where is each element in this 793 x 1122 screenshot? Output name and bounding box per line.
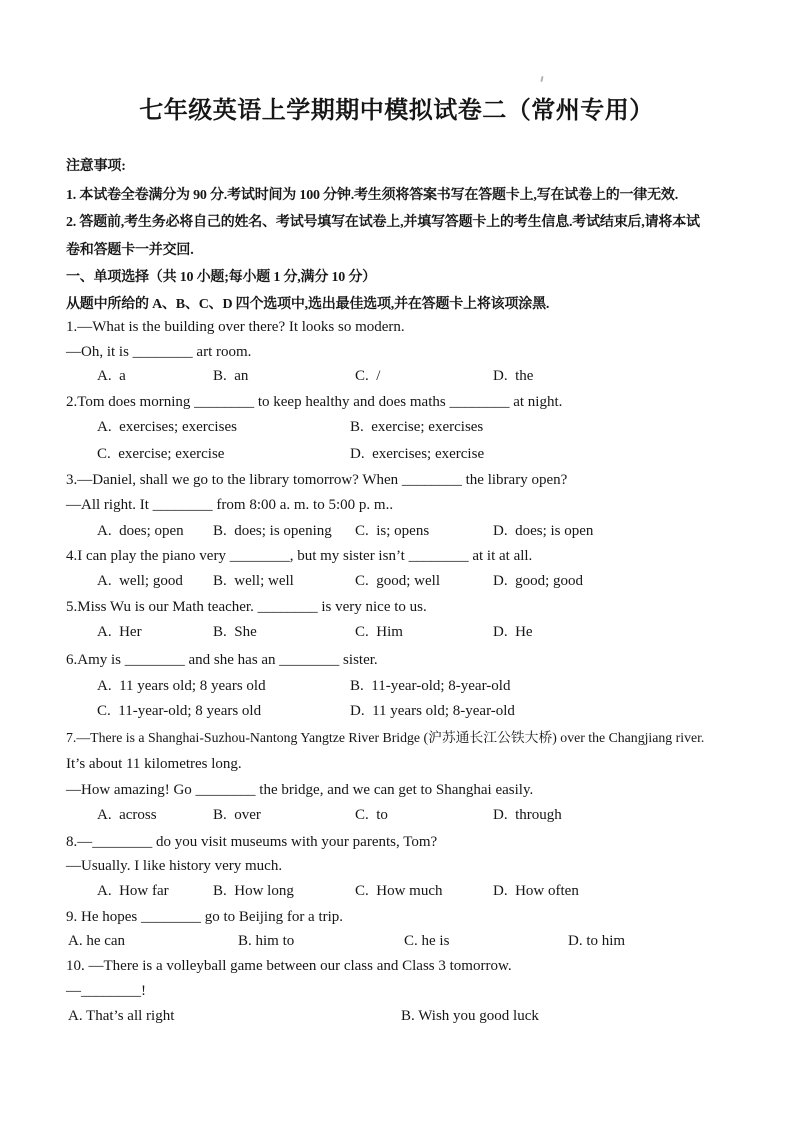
q10-stem-line-1: 10. —There is a volleyball game between … [66, 955, 512, 977]
notice-line-1: 1. 本试卷全卷满分为 90 分.考试时间为 100 分钟.考生须将答案书写在答… [66, 185, 678, 207]
exam-paper-page: 七年级英语上学期期中模拟试卷二（常州专用） 注意事项: 1. 本试卷全卷满分为 … [0, 0, 793, 1122]
q4-option-c: C. good; well [355, 570, 440, 592]
q3-option-d: D. does; is open [493, 520, 593, 542]
q5-option-c: C. Him [355, 621, 403, 643]
q2-options-row-1: A. exercises; exercises B. exercise; exe… [66, 416, 81, 438]
q6-options-row-2: C. 11-year-old; 8 years old D. 11 years … [66, 700, 81, 722]
q5-option-d: D. He [493, 621, 533, 643]
page-title: 七年级英语上学期期中模拟试卷二（常州专用） [0, 94, 793, 128]
q4-option-b: B. well; well [213, 570, 294, 592]
q8-stem-line-2: —Usually. I like history very much. [66, 855, 282, 877]
q8-option-b: B. How long [213, 880, 294, 902]
notice-line-2: 2. 答题前,考生务必将自己的姓名、考试号填写在试卷上,并填写答题卡上的考生信息… [66, 212, 700, 234]
q9-stem-line-1: 9. He hopes ________ go to Beijing for a… [66, 906, 343, 928]
q9-option-a: A. he can [68, 930, 125, 952]
q7-stem-line-3: —How amazing! Go ________ the bridge, an… [66, 779, 533, 801]
q3-option-c: C. is; opens [355, 520, 429, 542]
q6-option-b: B. 11-year-old; 8-year-old [350, 675, 510, 697]
q1-option-c: C. / [355, 365, 380, 387]
q6-option-c: C. 11-year-old; 8 years old [97, 700, 261, 722]
q6-stem-line-1: 6.Amy is ________ and she has an _______… [66, 649, 378, 671]
q10-option-a: A. That’s all right [68, 1005, 174, 1027]
q7-option-d: D. through [493, 804, 562, 826]
q6-option-d: D. 11 years old; 8-year-old [350, 700, 515, 722]
section-1-heading: 一、单项选择（共 10 小题;每小题 1 分,满分 10 分） [66, 267, 376, 289]
q5-option-a: A. Her [97, 621, 142, 643]
q8-option-a: A. How far [97, 880, 169, 902]
q3-options-row: A. does; open B. does; is opening C. is;… [66, 520, 81, 542]
q4-stem-line-1: 4.I can play the piano very ________, bu… [66, 545, 532, 567]
q7-option-b: B. over [213, 804, 261, 826]
q8-option-d: D. How often [493, 880, 579, 902]
q2-option-b: B. exercise; exercises [350, 416, 483, 438]
q1-options-row: A. a B. an C. / D. the [66, 365, 81, 387]
q8-option-c: C. How much [355, 880, 443, 902]
q7-option-c: C. to [355, 804, 388, 826]
q7-stem-line-1: 7.—There is a Shanghai-Suzhou-Nantong Ya… [66, 727, 704, 749]
q3-stem-line-2: —All right. It ________ from 8:00 a. m. … [66, 494, 393, 516]
q8-stem-line-1: 8.—________ do you visit museums with yo… [66, 831, 437, 853]
q10-options-row: A. That’s all right B. Wish you good luc… [66, 1005, 81, 1027]
q10-stem-line-2: —________! [66, 980, 146, 1002]
q3-option-a: A. does; open [97, 520, 184, 542]
q3-stem-line-1: 3.—Daniel, shall we go to the library to… [66, 469, 567, 491]
q7-option-a: A. across [97, 804, 157, 826]
q5-option-b: B. She [213, 621, 257, 643]
q4-option-a: A. well; good [97, 570, 183, 592]
q7-options-row: A. across B. over C. to D. through [66, 804, 81, 826]
q10-option-b: B. Wish you good luck [401, 1005, 539, 1027]
q9-option-c: C. he is [404, 930, 449, 952]
notice-line-3: 卷和答题卡一并交回. [66, 240, 194, 262]
q8-options-row: A. How far B. How long C. How much D. Ho… [66, 880, 81, 902]
section-1-instruction: 从题中所给的 A、B、C、D 四个选项中,选出最佳选项,并在答题卡上将该项涂黑. [66, 294, 549, 316]
q9-options-row: A. he can B. him to C. he is D. to him [66, 930, 81, 952]
q2-options-row-2: C. exercise; exercise D. exercises; exer… [66, 443, 81, 465]
q9-option-d: D. to him [568, 930, 625, 952]
q2-stem-line-1: 2.Tom does morning ________ to keep heal… [66, 391, 562, 413]
notice-heading: 注意事项: [66, 156, 126, 178]
q1-option-a: A. a [97, 365, 126, 387]
q2-option-a: A. exercises; exercises [97, 416, 237, 438]
q6-options-row-1: A. 11 years old; 8 years old B. 11-year-… [66, 675, 81, 697]
q5-options-row: A. Her B. She C. Him D. He [66, 621, 81, 643]
q1-option-d: D. the [493, 365, 533, 387]
q9-option-b: B. him to [238, 930, 294, 952]
q2-option-d: D. exercises; exercise [350, 443, 484, 465]
q5-stem-line-1: 5.Miss Wu is our Math teacher. ________ … [66, 596, 427, 618]
q1-stem-line-2: —Oh, it is ________ art room. [66, 341, 251, 363]
q3-option-b: B. does; is opening [213, 520, 332, 542]
q4-options-row: A. well; good B. well; well C. good; wel… [66, 570, 81, 592]
q1-stem-line-1: 1.—What is the building over there? It l… [66, 316, 405, 338]
q1-option-b: B. an [213, 365, 248, 387]
q7-stem-line-2: It’s about 11 kilometres long. [66, 753, 242, 775]
q6-option-a: A. 11 years old; 8 years old [97, 675, 266, 697]
q4-option-d: D. good; good [493, 570, 583, 592]
scan-artifact-mark [540, 76, 543, 82]
q2-option-c: C. exercise; exercise [97, 443, 224, 465]
